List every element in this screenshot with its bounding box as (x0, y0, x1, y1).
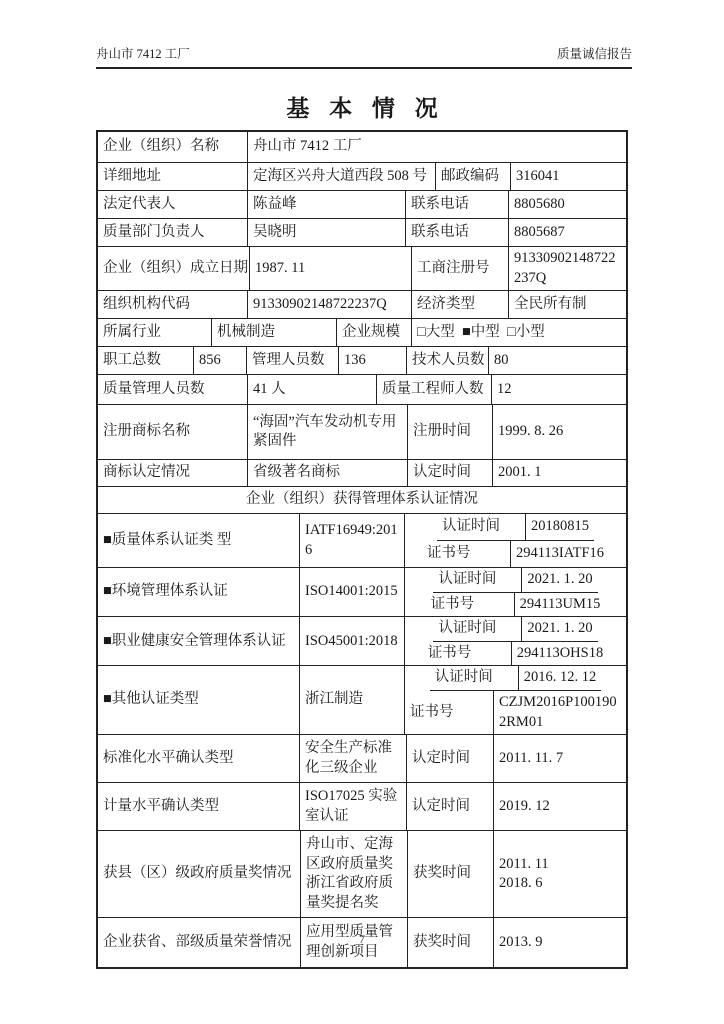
label-trademark-status: 商标认定情况 (98, 460, 248, 486)
value-quality-head-phone: 8805687 (509, 219, 626, 246)
value-cert-other-standard: 浙江制造 (300, 666, 405, 734)
cert-env-time-row: 认证时间 2021. 1. 20 (433, 568, 597, 593)
value-company-scale-checkboxes: □大型 ■中型 □小型 (412, 319, 626, 346)
value-cert-ohs-time: 2021. 1. 20 (522, 617, 597, 641)
table-row-staff-counts: 职工总数 856 管理人员数 136 技术人员数 80 (98, 347, 626, 375)
label-cert-quality-time: 认证时间 (437, 514, 526, 540)
value-metrology-time: 2019. 12 (494, 783, 626, 830)
value-cert-env-time: 2021. 1. 20 (522, 568, 597, 592)
label-cert-env-no: 证书号 (426, 593, 515, 617)
label-cert-env-time: 认证时间 (433, 568, 522, 592)
label-metrology: 计量水平确认类型 (98, 783, 300, 830)
table-row-cert-env: ■环境管理体系认证 ISO14001:2015 认证时间 2021. 1. 20… (98, 568, 626, 617)
label-company-scale: 企业规模 (337, 319, 412, 346)
value-address: 定海区兴舟大道西段 508 号 (248, 163, 436, 190)
page-title: 基 本 情 况 (0, 90, 724, 123)
value-cert-ohs-no: 294113OHS18 (512, 642, 608, 666)
table-row-industry: 所属行业 机械制造 企业规模 □大型 ■中型 □小型 (98, 319, 626, 347)
value-cert-other-no: CZJM2016P1001902RM01 (494, 691, 626, 734)
header-report-type: 质量诚信报告 (557, 44, 632, 62)
label-founded-date: 企业（组织）成立日期 (98, 247, 250, 290)
table-row-trademark: 注册商标名称 “海固”汽车发动机专用紧固件 注册时间 1999. 8. 26 (98, 405, 626, 460)
value-quality-engineers: 12 (492, 375, 626, 404)
label-business-reg-no: 工商注册号 (412, 247, 509, 290)
value-cert-other-time: 2016. 12. 12 (519, 666, 602, 690)
label-county-award: 获县（区）级政府质量奖情况 (98, 831, 301, 917)
document-page: 舟山市 7412 工厂 质量诚信报告 基 本 情 况 企业（组织）名称 舟山市 … (0, 0, 724, 1024)
basic-info-table: 企业（组织）名称 舟山市 7412 工厂 详细地址 定海区兴舟大道西段 508 … (96, 130, 628, 969)
value-quality-head: 吴晓明 (248, 219, 406, 246)
label-trademark-name: 注册商标名称 (98, 405, 248, 459)
label-quality-head-phone: 联系电话 (406, 219, 509, 246)
table-row-section-header: 企业（组织）获得管理体系认证情况 (98, 487, 626, 514)
label-total-staff: 职工总数 (98, 347, 194, 374)
label-metrology-time: 认定时间 (407, 783, 494, 830)
value-industry: 机械制造 (212, 319, 337, 346)
value-org-code: 91330902148722237Q (248, 291, 412, 318)
label-cert-quality-no: 证书号 (422, 541, 511, 567)
value-technicians: 80 (489, 347, 626, 374)
cert-ohs-time-row: 认证时间 2021. 1. 20 (433, 617, 597, 642)
table-row-founded: 企业（组织）成立日期 1987. 11 工商注册号 91330902148722… (98, 247, 626, 291)
table-row-org-code: 组织机构代码 91330902148722237Q 经济类型 全民所有制 (98, 291, 626, 319)
value-county-award-time: 2011. 11 2018. 6 (494, 831, 626, 917)
label-cert-ohs-time: 认证时间 (433, 617, 522, 641)
label-cert-env: ■环境管理体系认证 (98, 568, 300, 616)
value-cert-ohs-standard: ISO45001:2018 (300, 617, 405, 665)
value-trademark-name: “海固”汽车发动机专用紧固件 (248, 405, 408, 459)
value-cert-env-no: 294113UM15 (515, 593, 606, 617)
label-trademark-status-time: 认定时间 (408, 460, 493, 486)
value-cert-quality-no: 294113IATF16 (511, 541, 609, 567)
label-quality-staff: 质量管理人员数 (98, 375, 248, 404)
value-quality-staff: 41 人 (248, 375, 377, 404)
cert-quality-time-row: 认证时间 20180815 (437, 514, 594, 541)
value-managers: 136 (339, 347, 407, 374)
page-header: 舟山市 7412 工厂 质量诚信报告 (96, 44, 632, 69)
label-address: 详细地址 (98, 163, 248, 190)
label-standardization-time: 认定时间 (407, 735, 494, 782)
label-technicians: 技术人员数 (407, 347, 489, 374)
label-company-name: 企业（组织）名称 (98, 132, 248, 162)
label-standardization: 标准化水平确认类型 (98, 735, 300, 782)
value-standardization: 安全生产标准化三级企业 (300, 735, 407, 782)
table-row-quality-staff: 质量管理人员数 41 人 质量工程师人数 12 (98, 375, 626, 405)
table-row-standardization: 标准化水平确认类型 安全生产标准化三级企业 认定时间 2011. 11. 7 (98, 735, 626, 783)
cert-other-time-row: 认证时间 2016. 12. 12 (430, 666, 602, 691)
label-cert-ohs: ■职业健康安全管理体系认证 (98, 617, 300, 665)
table-row-cert-other: ■其他认证类型 浙江制造 认证时间 2016. 12. 12 证书号 CZJM2… (98, 666, 626, 735)
table-row-quality-head: 质量部门负责人 吴晓明 联系电话 8805687 (98, 219, 626, 247)
label-economic-type: 经济类型 (412, 291, 509, 318)
label-managers: 管理人员数 (247, 347, 339, 374)
label-org-code: 组织机构代码 (98, 291, 248, 318)
cert-quality-details: 认证时间 20180815 证书号 294113IATF16 (405, 514, 626, 567)
page-number: 7 (0, 932, 724, 947)
label-cert-other: ■其他认证类型 (98, 666, 300, 734)
value-standardization-time: 2011. 11. 7 (494, 735, 626, 782)
table-row-trademark-status: 商标认定情况 省级著名商标 认定时间 2001. 1 (98, 460, 626, 487)
label-cert-ohs-no: 证书号 (423, 642, 512, 666)
cert-ohs-details: 认证时间 2021. 1. 20 证书号 294113OHS18 (405, 617, 626, 665)
table-row-cert-quality: ■质量体系认证类 型 IATF16949:2016 认证时间 20180815 … (98, 514, 626, 568)
value-cert-env-standard: ISO14001:2015 (300, 568, 405, 616)
table-row-address: 详细地址 定海区兴舟大道西段 508 号 邮政编码 316041 (98, 163, 626, 191)
value-cert-quality-standard: IATF16949:2016 (300, 514, 405, 567)
cert-other-no-row: 证书号 CZJM2016P1001902RM01 (405, 691, 626, 734)
label-quality-engineers: 质量工程师人数 (377, 375, 492, 404)
label-postal-code: 邮政编码 (436, 163, 511, 190)
value-economic-type: 全民所有制 (509, 291, 626, 318)
value-legal-phone: 8805680 (509, 191, 626, 218)
table-row-metrology: 计量水平确认类型 ISO17025 实验室认证 认定时间 2019. 12 (98, 783, 626, 831)
table-row-cert-ohs: ■职业健康安全管理体系认证 ISO45001:2018 认证时间 2021. 1… (98, 617, 626, 666)
label-cert-other-no: 证书号 (405, 691, 494, 734)
label-trademark-reg-time: 注册时间 (408, 405, 493, 459)
value-metrology: ISO17025 实验室认证 (300, 783, 407, 830)
cert-quality-no-row: 证书号 294113IATF16 (422, 541, 609, 567)
cert-ohs-no-row: 证书号 294113OHS18 (423, 642, 608, 666)
cert-env-details: 认证时间 2021. 1. 20 证书号 294113UM15 (405, 568, 626, 616)
label-legal-phone: 联系电话 (406, 191, 509, 218)
value-trademark-status-time: 2001. 1 (493, 460, 626, 486)
value-cert-quality-time: 20180815 (526, 514, 594, 540)
value-trademark-reg-time: 1999. 8. 26 (493, 405, 626, 459)
table-row-county-award: 获县（区）级政府质量奖情况 舟山市、定海区政府质量奖 浙江省政府质量奖提名奖 获… (98, 831, 626, 918)
value-business-reg-no: 91330902148722237Q (509, 247, 626, 290)
label-county-award-time: 获奖时间 (408, 831, 494, 917)
label-legal-rep: 法定代表人 (98, 191, 248, 218)
table-row-company-name: 企业（组织）名称 舟山市 7412 工厂 (98, 132, 626, 163)
label-quality-head: 质量部门负责人 (98, 219, 248, 246)
label-industry: 所属行业 (98, 319, 212, 346)
value-trademark-status: 省级著名商标 (248, 460, 408, 486)
value-founded-date: 1987. 11 (250, 247, 412, 290)
label-cert-quality: ■质量体系认证类 型 (98, 514, 300, 567)
header-company: 舟山市 7412 工厂 (96, 44, 190, 62)
value-total-staff: 856 (194, 347, 247, 374)
value-county-award: 舟山市、定海区政府质量奖 浙江省政府质量奖提名奖 (301, 831, 408, 917)
section-header-certifications: 企业（组织）获得管理体系认证情况 (98, 487, 626, 513)
label-cert-other-time: 认证时间 (430, 666, 519, 690)
value-company-name: 舟山市 7412 工厂 (248, 132, 626, 162)
value-legal-rep: 陈益峰 (248, 191, 406, 218)
cert-other-details: 认证时间 2016. 12. 12 证书号 CZJM2016P1001902RM… (405, 666, 626, 734)
table-row-legal-rep: 法定代表人 陈益峰 联系电话 8805680 (98, 191, 626, 219)
value-postal-code: 316041 (511, 163, 626, 190)
cert-env-no-row: 证书号 294113UM15 (426, 593, 606, 617)
